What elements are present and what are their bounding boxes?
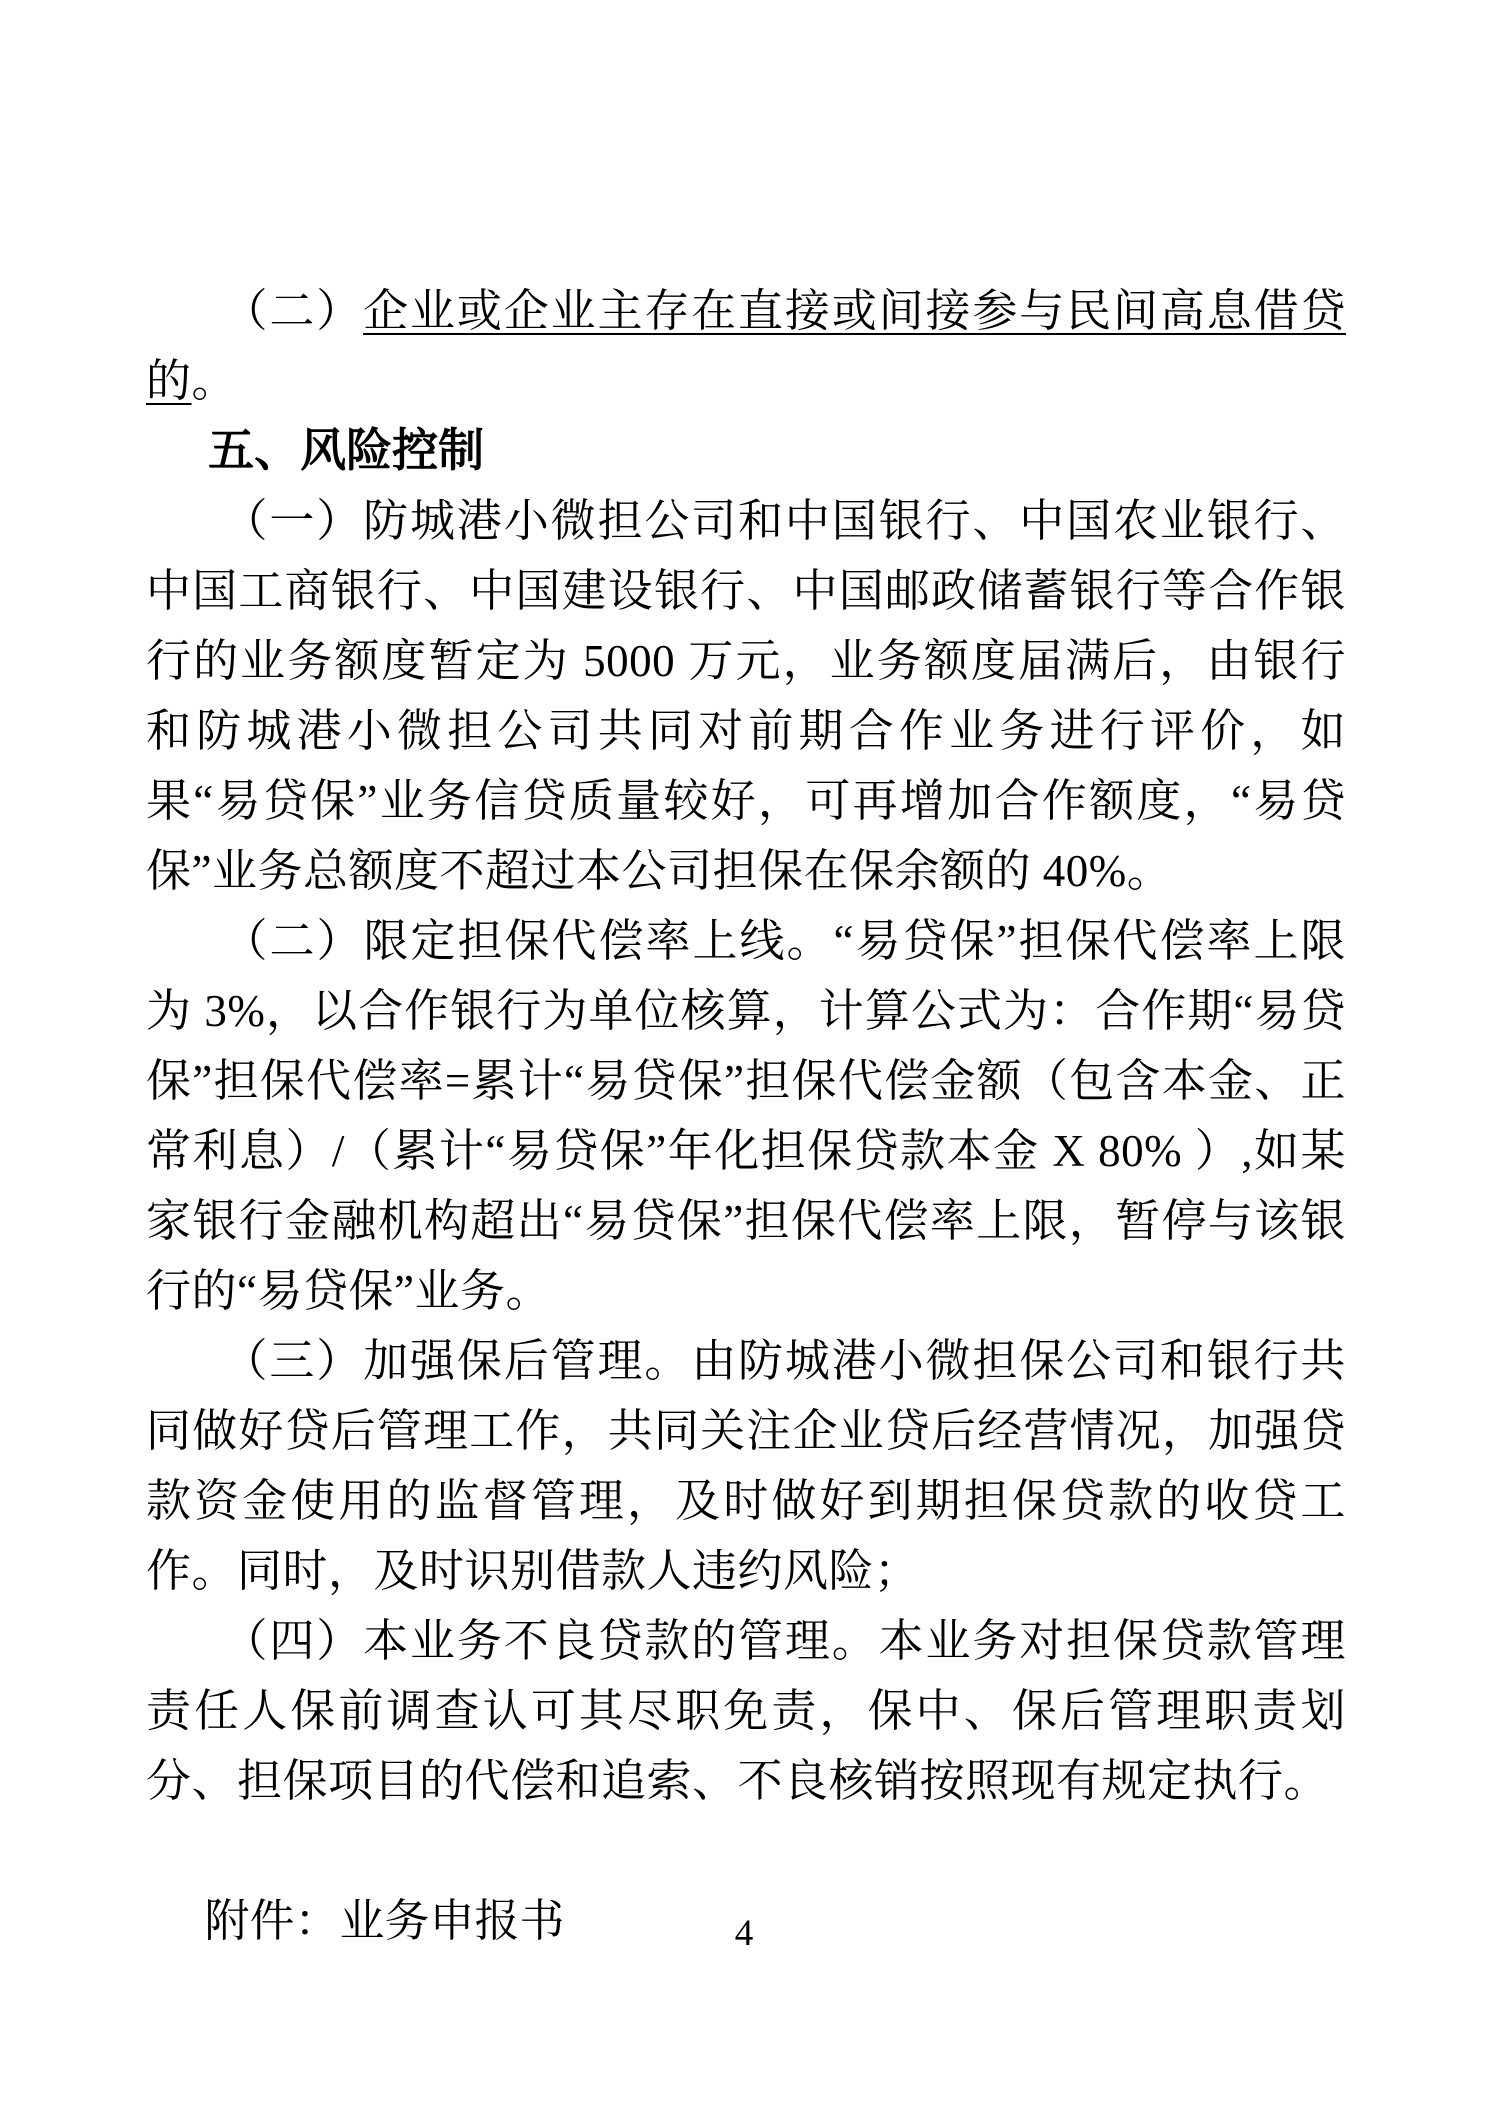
clause-item-2-suffix: 。 bbox=[192, 356, 238, 406]
section-heading-risk-control: 五、风险控制 bbox=[146, 416, 1346, 486]
paragraph-risk-2: （二）限定担保代偿率上线。“易贷保”担保代偿率上限为 3%，以合作银行为单位核算… bbox=[146, 906, 1346, 1326]
document-page: （二）企业或企业主存在直接或间接参与民间高息借贷的。 五、风险控制 （一）防城港… bbox=[0, 0, 1488, 2104]
paragraph-risk-1: （一）防城港小微担公司和中国银行、中国农业银行、中国工商银行、中国建设银行、中国… bbox=[146, 486, 1346, 906]
document-body: （二）企业或企业主存在直接或间接参与民间高息借贷的。 五、风险控制 （一）防城港… bbox=[146, 276, 1346, 1956]
paragraph-risk-3: （三）加强保后管理。由防城港小微担保公司和银行共同做好贷后管理工作，共同关注企业… bbox=[146, 1326, 1346, 1606]
paragraph-risk-4: （四）本业务不良贷款的管理。本业务对担保贷款管理责任人保前调查认可其尽职免责，保… bbox=[146, 1606, 1346, 1816]
clause-item-2: （二）企业或企业主存在直接或间接参与民间高息借贷的。 bbox=[146, 276, 1346, 416]
clause-item-2-prefix: （二） bbox=[223, 286, 364, 336]
page-number: 4 bbox=[0, 1912, 1488, 1956]
